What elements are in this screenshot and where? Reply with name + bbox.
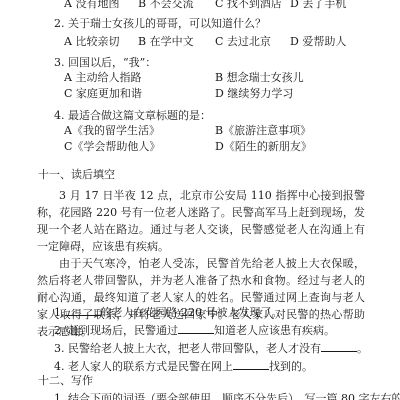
passage-paragraph-1: 3 月 17 日半夜 12 点，北京市公安局 110 指挥中心接到报警称，花园路… [37,187,365,255]
fill-item-2: 2. 赶到现场后，民警通过知道老人应该患有疾病。 [54,322,335,338]
q1-option-d: D 丢了手机 [290,0,346,11]
fill-blank-3[interactable] [321,340,357,352]
fill-blank-1[interactable] [65,304,101,316]
q1-option-c: C 找不到酒店 [215,0,282,11]
fill-item-2-number: 2. [54,324,65,337]
fill-item-3-text-before: 民警给老人披上大衣，把老人带回警队，老人才没有 [68,342,321,355]
q2-question: 2. 关于瑞士女孩儿的哥哥，可以知道什么？ [54,17,266,31]
fill-item-1-number: 1. [54,306,65,319]
q2-option-d: D 爱帮助人 [290,35,346,49]
fill-item-3-number: 3. [54,342,65,355]
fill-item-4: 4. 老人家人的联系方式是民警在网上找到的。 [54,358,313,374]
q2-option-c: C 去过北京 [215,35,271,49]
q3-option-b: B 想念瑞士女孩儿 [215,71,304,85]
q1-option-a: A 没有地图 [64,0,119,11]
fill-item-2-text-before: 赶到现场后，民警通过 [68,324,178,337]
q4-option-d: D《陌生的新朋友》 [215,140,312,154]
q3-question: 3. 回国以后，“我”： [54,56,156,70]
q2-option-a: A 比较亲切 [64,35,119,49]
fill-item-3-text-after: 。 [357,342,368,355]
section-12-title: 十二、写作 [38,374,93,388]
q1-option-b: B 不会交流 [138,0,194,11]
q4-question: 4. 最适合做这篇文章标题的是： [54,109,211,123]
writing-task-1: 1. 结合下面的词语（要全部使用，顺序不分先后），写一篇 80 字左右的短文。 [54,392,400,400]
fill-blank-4[interactable] [233,358,269,370]
fill-item-2-text-after: 知道老人应该患有疾病。 [214,324,335,337]
fill-item-4-text-after: 找到的。 [269,360,313,373]
fill-item-3: 3. 民警给老人披上大衣，把老人带回警队，老人才没有。 [54,340,368,356]
q3-option-c: C 家庭更加和谐 [64,87,142,101]
q4-option-b: B《旅游注意事项》 [215,124,311,138]
fill-item-4-number: 4. [54,360,65,373]
fill-item-1-text-after: 的老人在花园路 220 号被人发现了。 [101,306,283,319]
fill-item-1: 1.的老人在花园路 220 号被人发现了。 [54,304,283,320]
section-11-title: 十一、读后填空 [38,168,115,182]
q4-option-c: C《学会帮助他人》 [64,140,160,154]
q3-option-a: A 主动给人指路 [64,71,141,85]
q2-option-b: B 在学中文 [138,35,194,49]
fill-item-4-text-before: 老人家人的联系方式是民警在网上 [68,360,233,373]
q3-option-d: D 继续努力学习 [215,87,293,101]
fill-blank-2[interactable] [178,322,214,334]
q4-option-a: A《我的留学生活》 [64,124,160,138]
